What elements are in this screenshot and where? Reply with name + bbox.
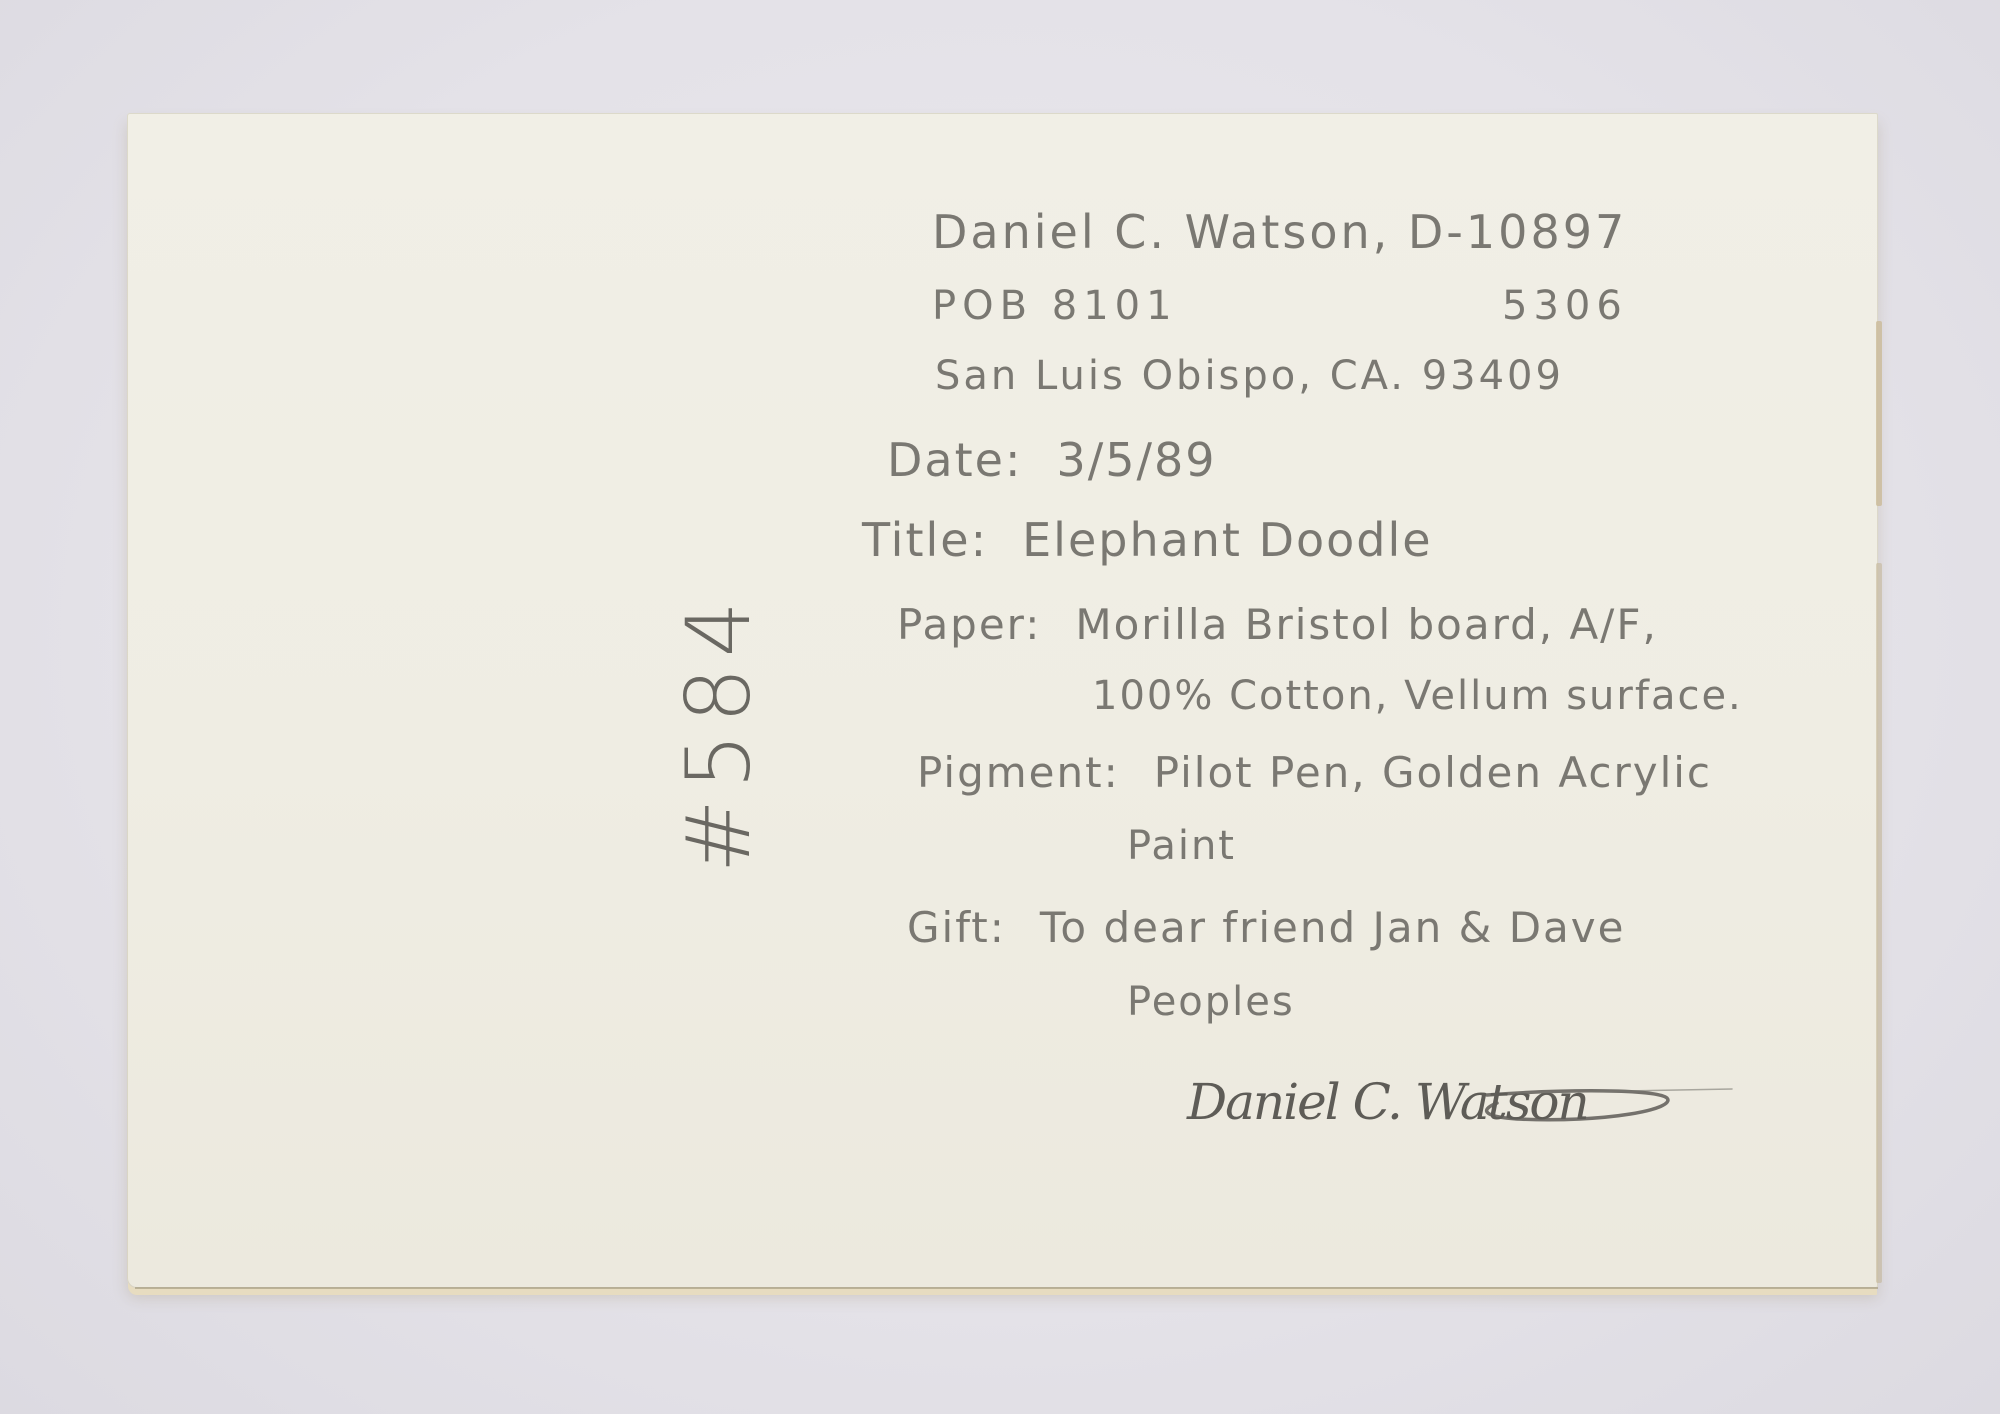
pigment-value-line2: Paint (1127, 823, 1236, 869)
paper-value-line2: 100% Cotton, Vellum surface. (1092, 673, 1743, 719)
title-value: Elephant Doodle (1022, 513, 1433, 567)
date-value: 3/5/89 (1056, 433, 1216, 487)
gift-label: Gift: (907, 903, 1006, 952)
city-line: San Luis Obispo, CA. 93409 (935, 353, 1564, 399)
artist-name: Daniel C. Watson (932, 205, 1373, 259)
provenance-card: Daniel C. Watson, D-10897 POB 8101 5306 … (127, 113, 1878, 1288)
separator: , (1373, 205, 1408, 259)
title-field: Title:Elephant Doodle (862, 513, 1433, 567)
signature-flourish-icon (1187, 1053, 1747, 1153)
address-line: POB 8101 (932, 283, 1178, 329)
date-label: Date: (887, 433, 1022, 487)
address-extension: 5306 (1502, 283, 1628, 329)
gift-value-line2: Peoples (1127, 979, 1295, 1025)
gift-value-line1: To dear friend Jan & Dave (1040, 903, 1626, 952)
gift-field: Gift:To dear friend Jan & Dave (907, 903, 1625, 952)
artist-id: D-10897 (1408, 205, 1627, 259)
date-field: Date:3/5/89 (887, 433, 1217, 487)
paper-value-line1: Morilla Bristol board, A/F, (1075, 600, 1658, 649)
inventory-number: #584 (667, 591, 770, 873)
card-edge-stain (1876, 563, 1882, 1283)
paper-label: Paper: (897, 600, 1041, 649)
card-bottom-edge (135, 1287, 1878, 1289)
pigment-label: Pigment: (917, 748, 1120, 797)
pigment-value-line1: Pilot Pen, Golden Acrylic (1154, 748, 1712, 797)
title-label: Title: (862, 513, 988, 567)
pigment-field: Pigment:Pilot Pen, Golden Acrylic (917, 748, 1712, 797)
artist-line: Daniel C. Watson, D-10897 (932, 205, 1627, 259)
paper-field: Paper:Morilla Bristol board, A/F, (897, 600, 1658, 649)
signature: Daniel C. Watson (1187, 1053, 1747, 1153)
card-edge-stain (1876, 321, 1882, 506)
